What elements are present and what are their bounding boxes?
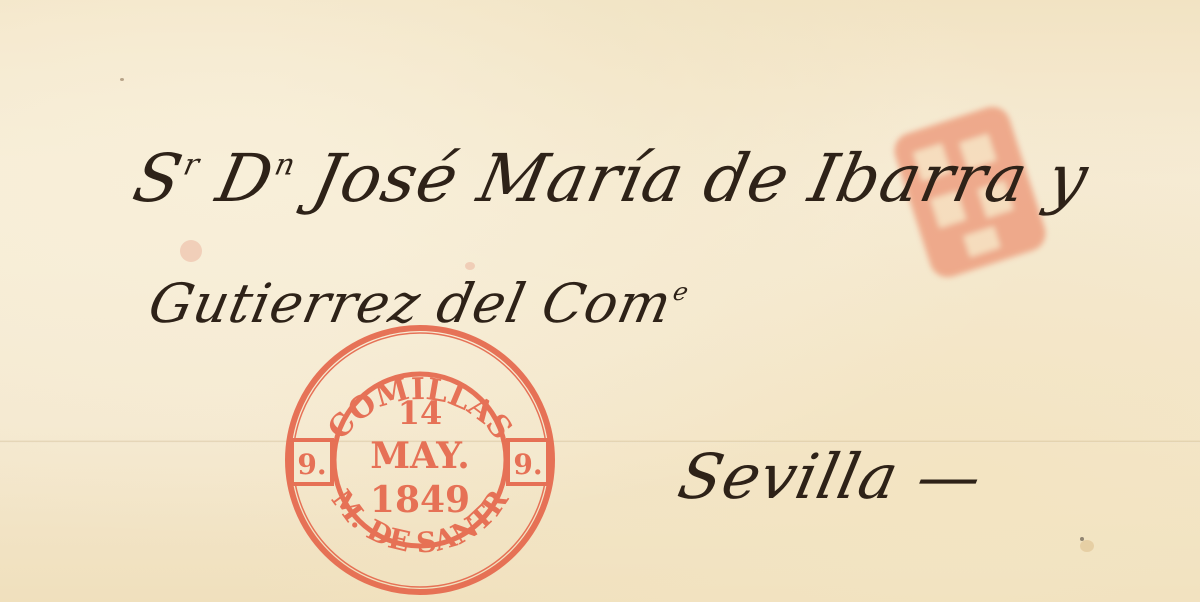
fold-line	[0, 440, 1200, 443]
postmark-left-number: 9.	[297, 448, 326, 481]
postmark-year: 1849	[370, 479, 470, 521]
postmark-day: 14	[398, 394, 443, 432]
address-line-3: Sevilla —	[672, 440, 989, 513]
foxing-spot	[180, 240, 202, 262]
envelope-cover: Sr Dn José María de Ibarra y Gutierrez d…	[0, 0, 1200, 602]
destination-city: Sevilla	[672, 440, 905, 513]
foxing-spot	[120, 78, 124, 81]
recipient-name: José María de Ibarra y	[306, 140, 1095, 217]
address-line-1: Sr Dn José María de Ibarra y	[127, 140, 1095, 217]
foxing-spot	[465, 262, 475, 270]
honorific-abbrev: D	[210, 140, 280, 217]
circular-datestamp: COMILLAS M. DE SANTR 9. 9. 14 MAY. 1849	[282, 322, 558, 598]
postmark-right-number: 9.	[513, 448, 542, 481]
foxing-spot	[1080, 537, 1084, 541]
postmark-seal-icon: COMILLAS M. DE SANTR 9. 9. 14 MAY. 1849	[282, 322, 558, 598]
foxing-spot	[1080, 540, 1094, 552]
flourish-dash: —	[911, 440, 990, 513]
postmark-month: MAY.	[370, 435, 470, 477]
